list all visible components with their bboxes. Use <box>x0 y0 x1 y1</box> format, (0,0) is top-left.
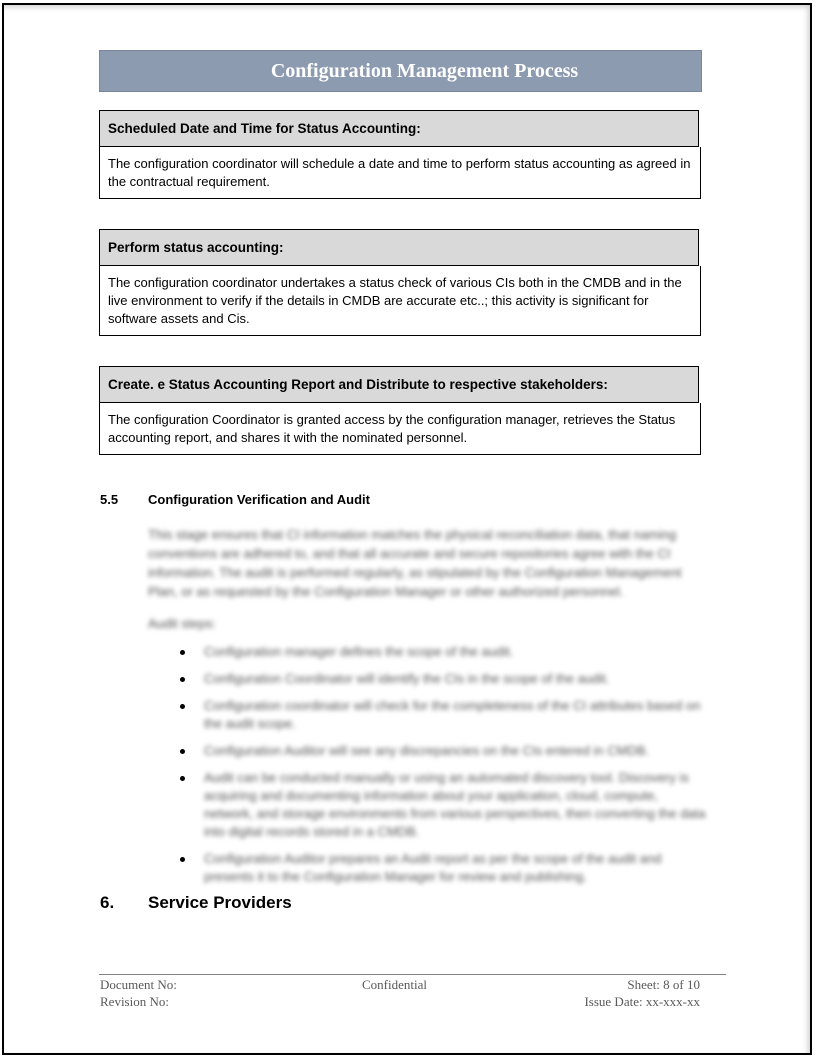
section-number: 5.5 <box>100 492 148 507</box>
bullet-icon <box>180 677 185 682</box>
list-item: Configuration Coordinator will identify … <box>180 670 710 688</box>
box-scheduled-date: Scheduled Date and Time for Status Accou… <box>99 110 701 199</box>
footer-classification: Confidential <box>362 977 427 993</box>
footer-revision-no: Revision No: <box>100 994 169 1010</box>
bullet-icon <box>180 704 185 709</box>
section-number: 6. <box>100 893 148 913</box>
footer-sheet: Sheet: 8 of 10 <box>627 977 700 993</box>
bullet-icon <box>180 857 185 862</box>
footer-issue-date: Issue Date: xx-xxx-xx <box>584 994 700 1010</box>
list-item: Configuration Auditor will see any discr… <box>180 742 710 760</box>
list-item: Configuration Auditor prepares an Audit … <box>180 850 710 886</box>
box-body: The configuration coordinator will sched… <box>99 147 701 199</box>
bullet-icon <box>180 650 185 655</box>
box-perform-status-accounting: Perform status accounting: The configura… <box>99 229 701 336</box>
document-title-banner: Configuration Management Process <box>99 50 702 92</box>
box-body: The configuration coordinator undertakes… <box>99 266 701 336</box>
section-5-5-heading: 5.5Configuration Verification and Audit <box>100 492 370 507</box>
section-title: Configuration Verification and Audit <box>148 492 370 507</box>
box-status-report: Create. e Status Accounting Report and D… <box>99 366 701 455</box>
blurred-paragraph: This stage ensures that CI information m… <box>148 525 713 601</box>
box-heading: Create. e Status Accounting Report and D… <box>99 366 699 403</box>
footer-document-no: Document No: <box>100 977 177 993</box>
bullet-icon <box>180 749 185 754</box>
box-body: The configuration Coordinator is granted… <box>99 403 701 455</box>
document-title: Configuration Management Process <box>223 60 578 83</box>
box-heading: Perform status accounting: <box>99 229 699 266</box>
footer-divider <box>99 974 726 975</box>
blurred-subheading: Audit steps: <box>148 614 216 633</box>
bullet-icon <box>180 776 185 781</box>
list-item: Configuration manager defines the scope … <box>180 643 710 661</box>
list-item: Configuration coordinator will check for… <box>180 697 710 733</box>
box-heading: Scheduled Date and Time for Status Accou… <box>99 110 699 147</box>
list-item: Audit can be conducted manually or using… <box>180 769 710 841</box>
section-6-heading: 6.Service Providers <box>100 893 292 913</box>
audit-steps-list: Configuration manager defines the scope … <box>180 643 710 895</box>
section-title: Service Providers <box>148 893 292 912</box>
